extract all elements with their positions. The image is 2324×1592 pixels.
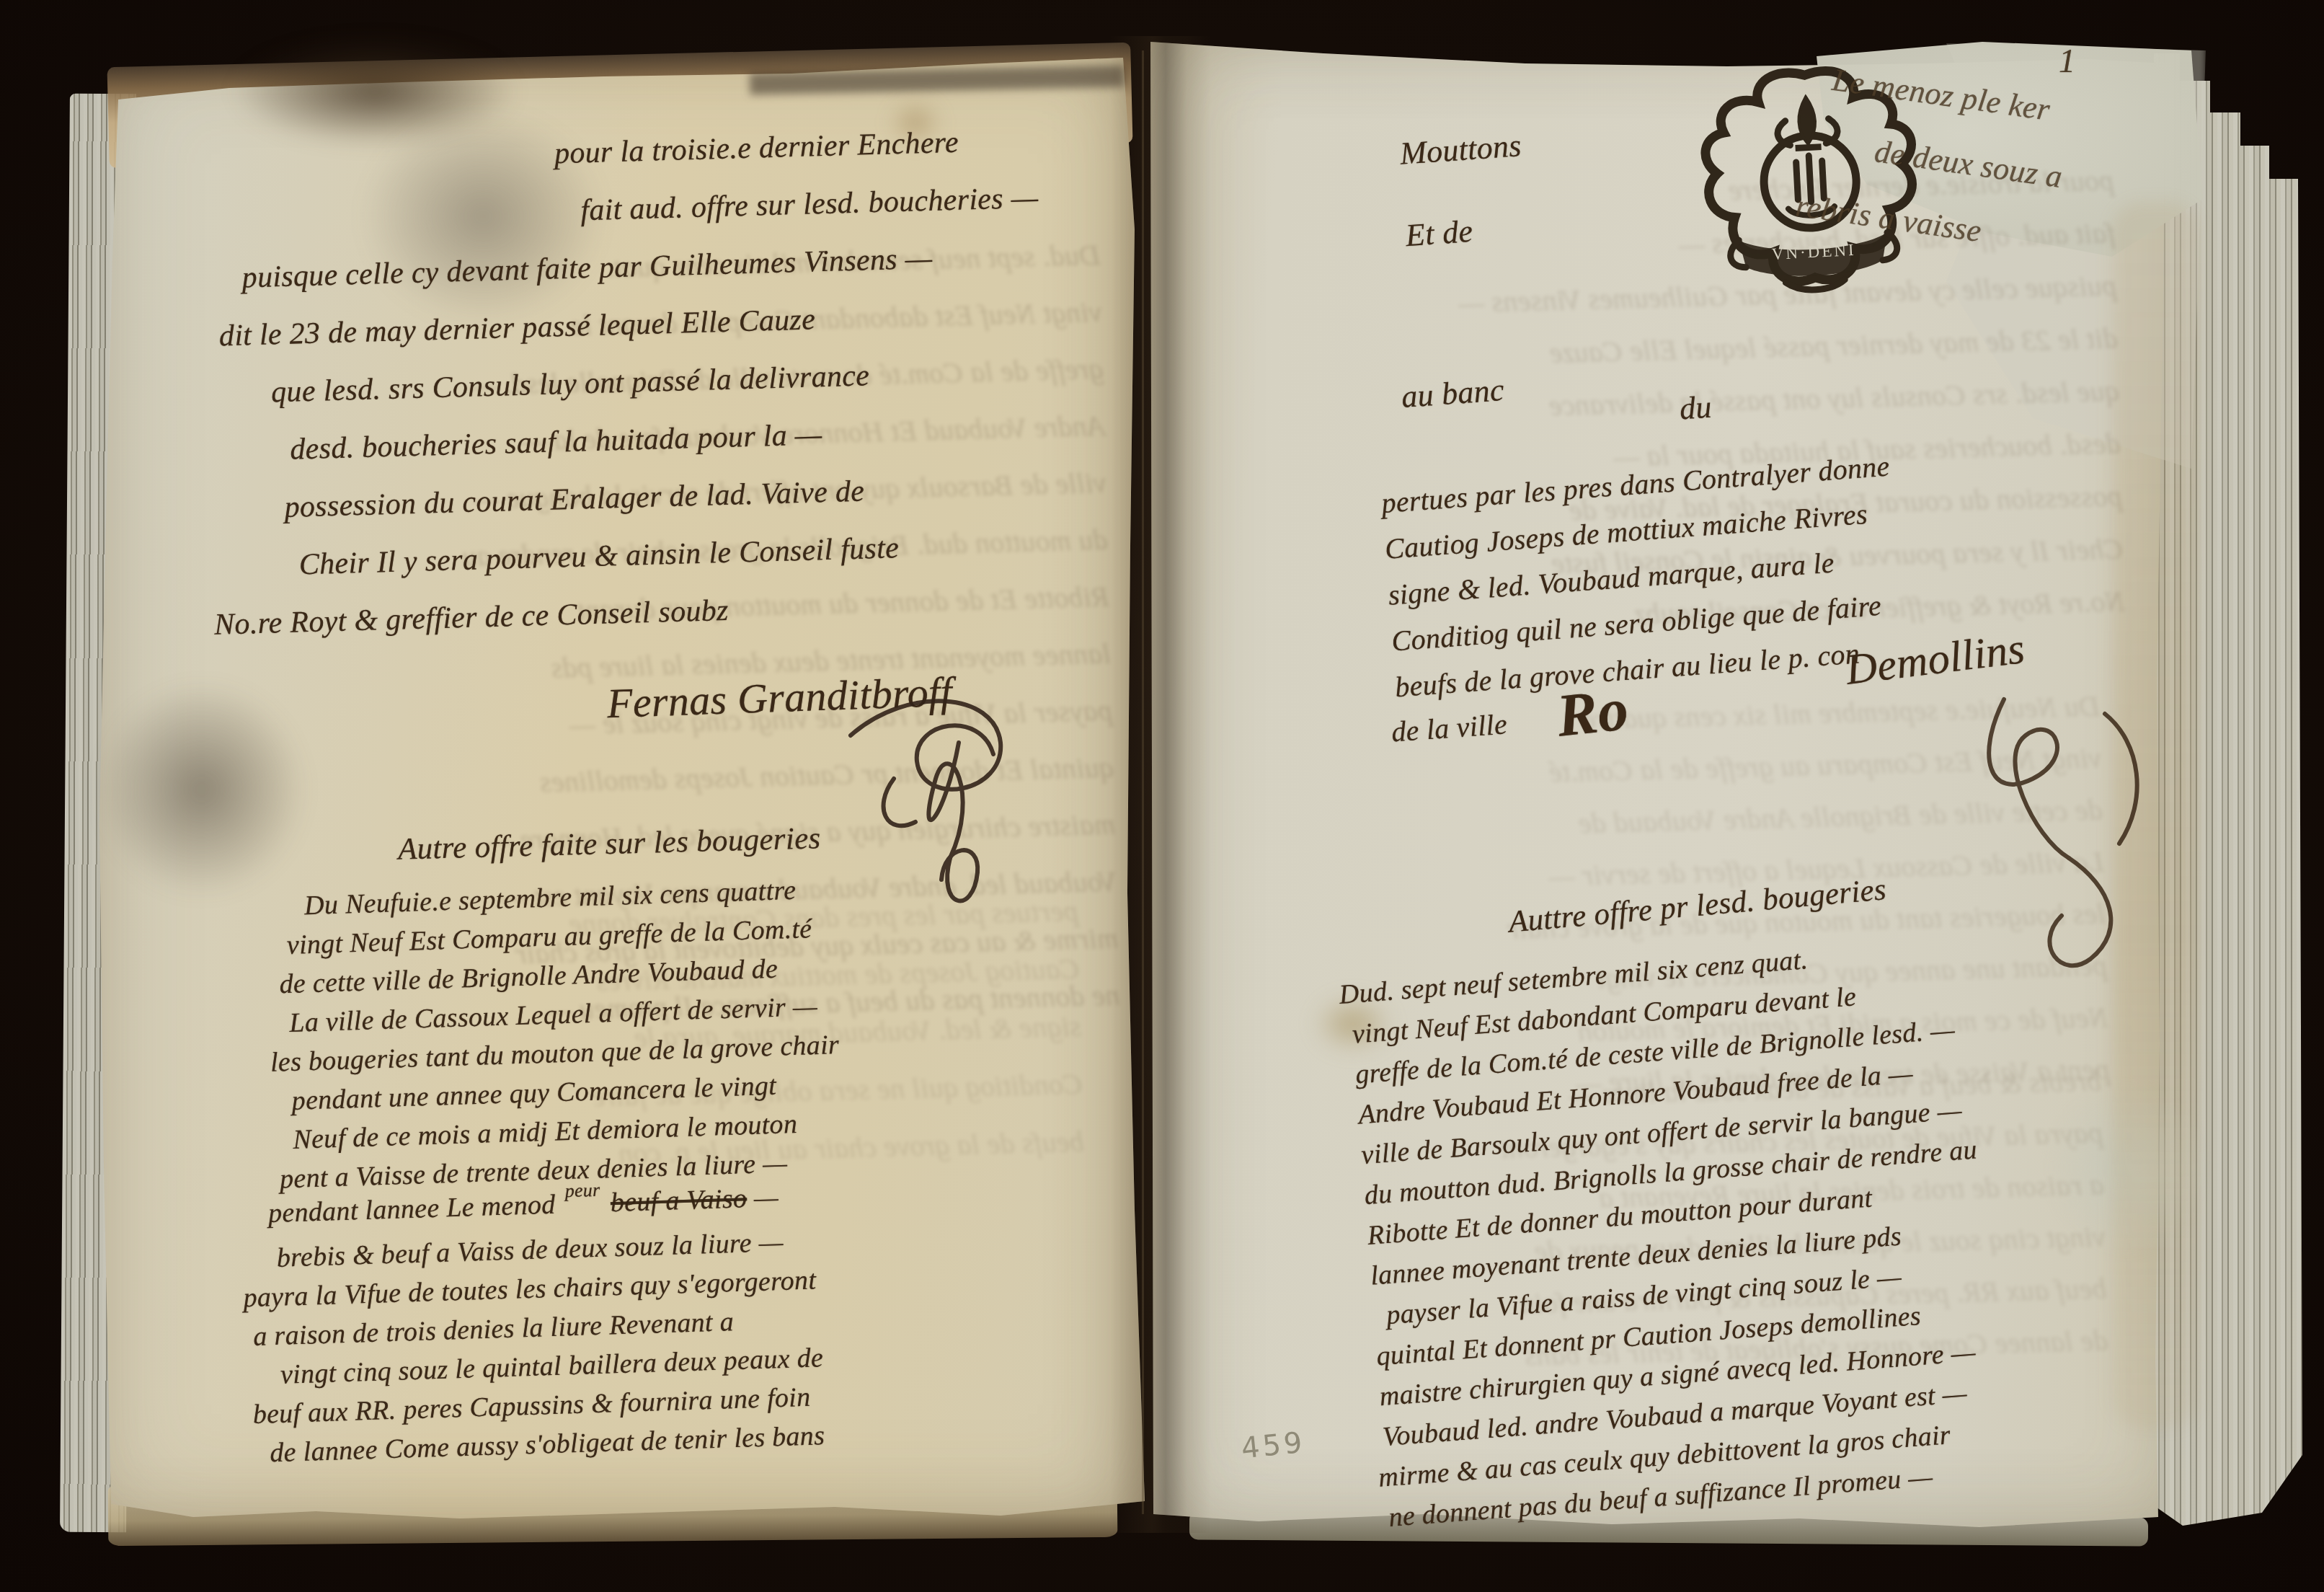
right-entry2-text: Dud. sept neuf setembre mil six cenz qua… (1348, 928, 2003, 1538)
signature-flourish (807, 692, 1096, 930)
left-entry2-text-b: brebis & beuf a Vaiss de deux souz la li… (276, 1221, 826, 1472)
left-entry2-text-a: Du Neufuie.e septembre mil six cens quat… (285, 870, 843, 1198)
struck-text: beuf a Vaiso (610, 1183, 748, 1218)
left-entry1-text: pour la troisie.e dernier Encherefait au… (238, 112, 1050, 653)
page-number: 1 (2059, 42, 2075, 80)
margin-word: Et de (1404, 213, 1473, 254)
margin-word: du (1678, 389, 1713, 428)
gutter-shadow (1110, 36, 1211, 1533)
manuscript-spread: Dud. sept neuf setembre mil six cenz qua… (0, 0, 2324, 1592)
notary-paraph: Ro (1553, 674, 1631, 751)
pencil-foliation: 459 (1240, 1426, 1307, 1466)
line-dash: — (753, 1182, 779, 1213)
margin-word: au banc (1400, 371, 1505, 415)
patch-annotation: Le menoz ple kerde deux souz arebris a v… (1810, 48, 2075, 274)
interlinear-correction: peur (564, 1180, 600, 1202)
gutter-crease (1142, 50, 1144, 1514)
right-entry1-text: pertues par les pres dans Contralyer don… (1380, 443, 1904, 711)
signature-flourish (1946, 671, 2184, 981)
